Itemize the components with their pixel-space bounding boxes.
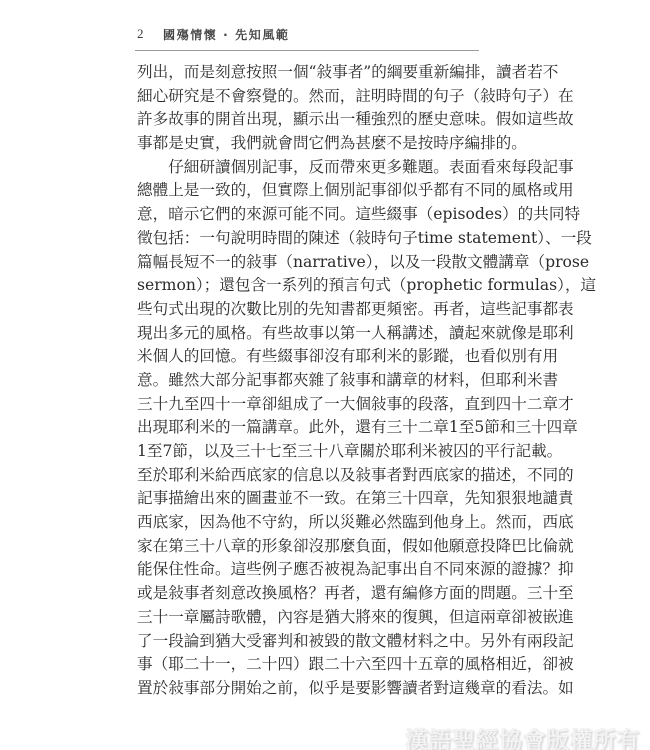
text-line: 1至7節，以及三十七至三十八章關於耶利米被囚的平行記載。 <box>137 440 480 464</box>
text-line: 許多故事的開首出現，顯示出一種強烈的歷史意味。假如這些故 <box>137 108 480 132</box>
page-number: 2 <box>137 26 144 42</box>
running-header: 2 國殤情懷 · 先知風範 <box>137 26 479 46</box>
book-page: 2 國殤情懷 · 先知風範 列出，而是刻意按照一個“敍事者”的綱要重新編排，讀者… <box>0 0 650 750</box>
text-line: 西底家，因為他不守約，所以災難必然臨到他身上。然而，西底 <box>137 511 480 535</box>
text-line: 能保住性命。這些例子應否被視為記事出自不同來源的證據？抑 <box>137 558 480 582</box>
text-line: 米個人的回憶。有些綴事卻沒有耶利米的影蹤，也看似別有用 <box>137 345 480 369</box>
text-line: 現出多元的風格。有些故事以第一人稱講述，讀起來就像是耶利 <box>137 322 480 346</box>
body-text: 列出，而是刻意按照一個“敍事者”的綱要重新編排，讀者若不 細心研究是不會察覺的。… <box>137 61 480 701</box>
text-line: 事都是史實，我們就會問它們為甚麼不是按時序編排的。 <box>137 132 480 156</box>
text-line: 仔細研讀個別記事，反而帶來更多難題。表面看來每段記事 <box>137 156 480 180</box>
text-line: 三十一章屬詩歌體，內容是猶大將來的復興，但這兩章卻被嵌進 <box>137 606 480 630</box>
text-line: sermon）；還包含一系列的預言句式（prophetic formulas），… <box>137 274 480 298</box>
text-line: 些句式出現的次數比別的先知書都更頻密。再者，這些記事都表 <box>137 298 480 322</box>
text-line: 出現耶利米的一篇講章。此外，還有三十二章1至5節和三十四章 <box>137 416 480 440</box>
text-line: 家在第三十八章的形象卻沒那麼負面，假如他願意投降巴比倫就 <box>137 535 480 559</box>
text-line: 事（耶二十一，二十四）跟二十六至四十五章的風格相近，卻被 <box>137 653 480 677</box>
text-line: 意，暗示它們的來源可能不同。這些綴事（episodes）的共同特 <box>137 203 480 227</box>
text-line: 了一段論到猶大受審判和被毀的散文體材料之中。另外有兩段記 <box>137 630 480 654</box>
copyright-watermark: 漢語聖經協會版權所有 <box>405 722 640 750</box>
text-line: 總體上是一致的，但實際上個別記事卻似乎都有不同的風格或用 <box>137 179 480 203</box>
text-line: 置於敍事部分開始之前，似乎是要影響讀者對這幾章的看法。如 <box>137 677 480 701</box>
text-line: 細心研究是不會察覺的。然而，註明時間的句子（敍時句子）在 <box>137 85 480 109</box>
text-line: 篇幅長短不一的敍事（narrative），以及一段散文體講章（prose <box>137 251 480 275</box>
text-line: 意。雖然大部分記事都夾雜了敍事和講章的材料，但耶利米書 <box>137 369 480 393</box>
text-line: 徵包括：一句說明時間的陳述（敍時句子time statement）、一段 <box>137 227 480 251</box>
book-title: 國殤情懷 · 先知風範 <box>163 26 290 43</box>
header-rule-divider <box>135 50 479 51</box>
text-line: 列出，而是刻意按照一個“敍事者”的綱要重新編排，讀者若不 <box>137 61 480 85</box>
text-line: 或是敍事者刻意改換風格？再者，還有編修方面的問題。三十至 <box>137 582 480 606</box>
text-line: 記事描繪出來的圖畫並不一致。在第三十四章，先知狠狠地譴責 <box>137 487 480 511</box>
text-line: 至於耶利米給西底家的信息以及敍事者對西底家的描述，不同的 <box>137 464 480 488</box>
text-line: 三十九至四十一章卻組成了一大個敍事的段落，直到四十二章才 <box>137 393 480 417</box>
